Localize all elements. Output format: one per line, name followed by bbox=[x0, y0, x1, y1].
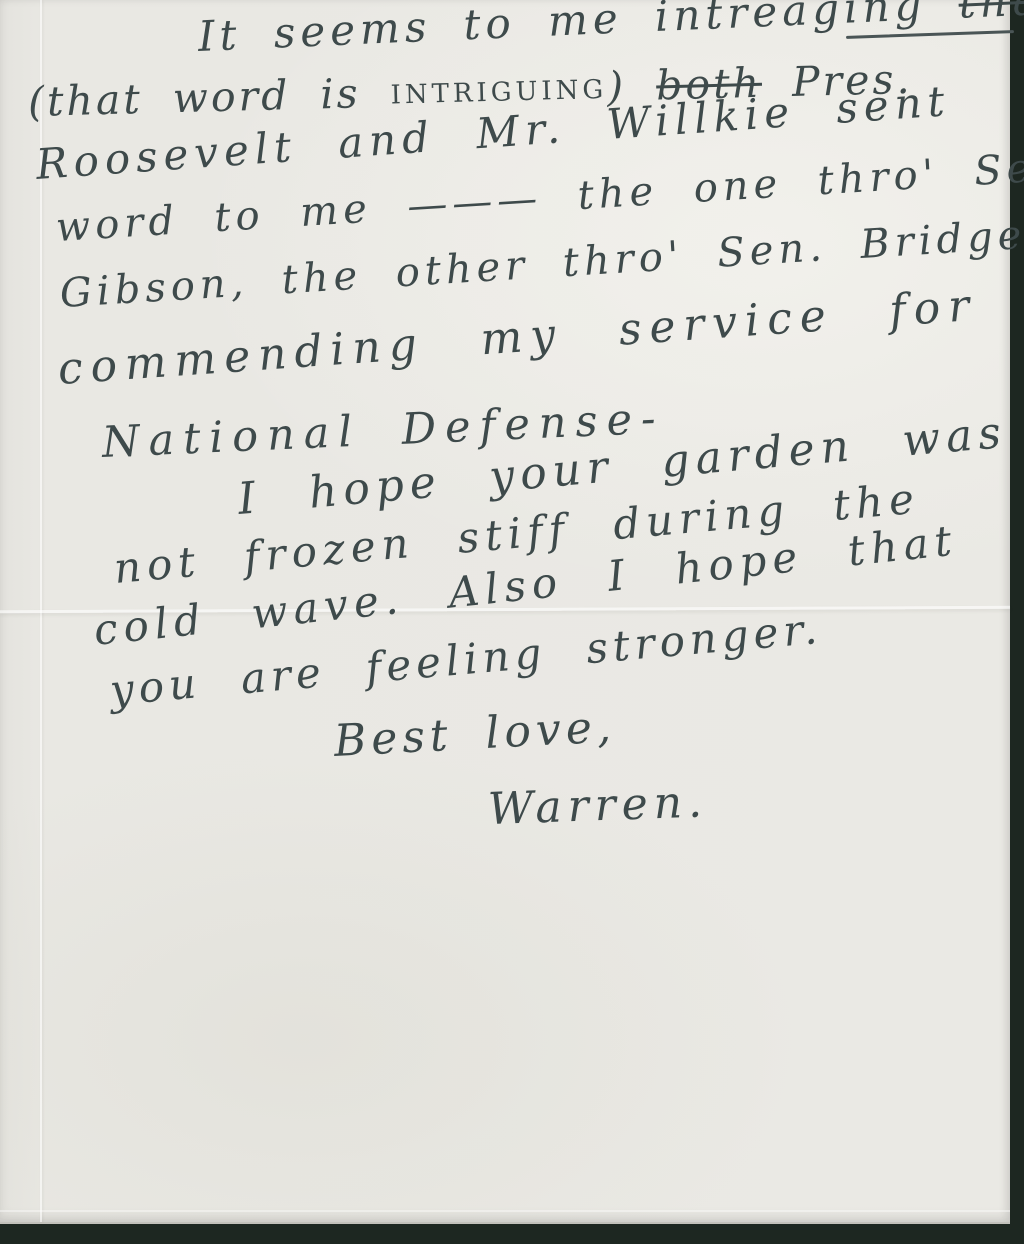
line-text: (that word is bbox=[27, 69, 391, 126]
signature: Warren. bbox=[487, 778, 709, 834]
struck-word-that: that bbox=[957, 0, 1024, 28]
handwriting-line-1: It seems to me intreaging that bbox=[197, 0, 1024, 60]
scanned-letter: It seems to me intreaging that (that wor… bbox=[0, 0, 1024, 1244]
closing-line: Best love, bbox=[333, 703, 617, 766]
letter-page: It seems to me intreaging that (that wor… bbox=[0, 0, 1010, 1224]
line-text: It seems to me intreaging bbox=[197, 0, 960, 61]
line-text: Best love, bbox=[333, 701, 617, 767]
signature-text: Warren. bbox=[487, 776, 709, 835]
bottom-edge-crease bbox=[0, 1210, 1010, 1212]
